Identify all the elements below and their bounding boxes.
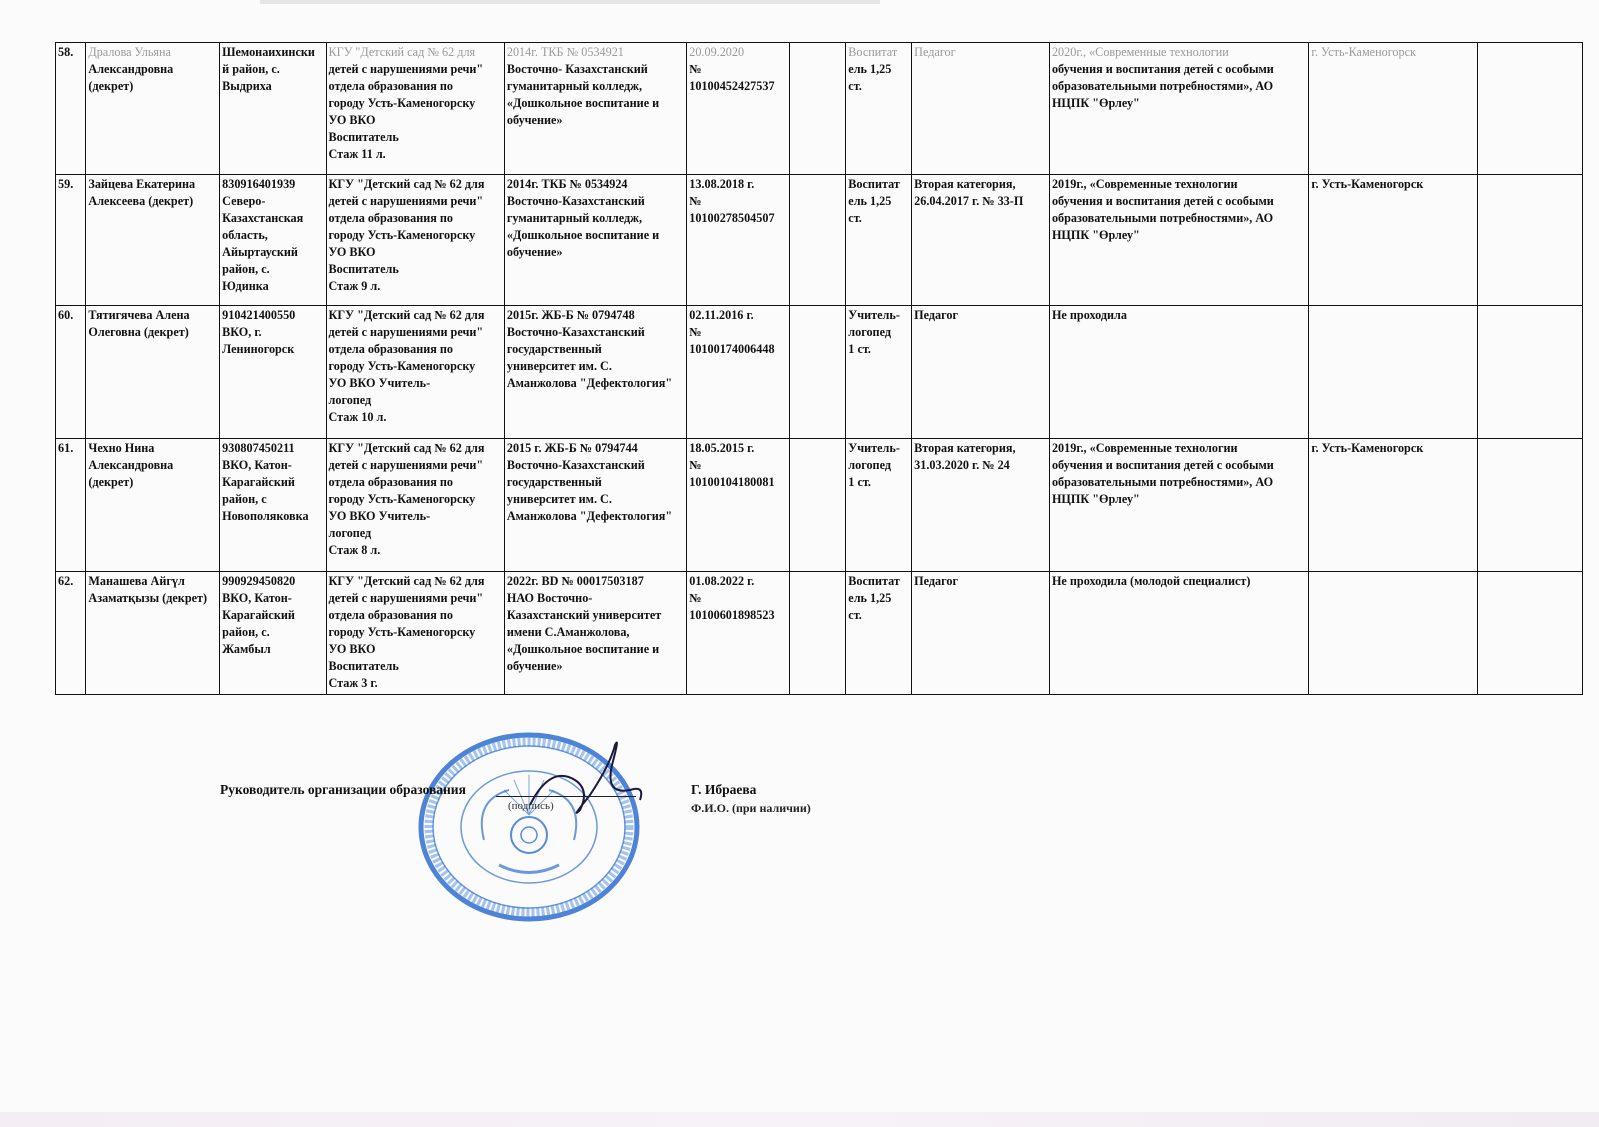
education-line: Восточно-Казахстанский	[507, 193, 684, 210]
employee-name-line: Манашева Айгүл	[88, 573, 217, 590]
education-line: «Дошкольное воспитание и	[507, 227, 684, 244]
training-course-cell: 2019г., «Современные технологииобучения …	[1049, 175, 1308, 306]
table-row: 62.Манашева АйгүлАзаматқызы (декрет)9909…	[56, 572, 1583, 695]
education-line: 2015г. ЖБ-Б № 0794748	[507, 307, 684, 324]
certificate-date-line: №	[689, 61, 786, 78]
qualification-category-line: 26.04.2017 г. № 33-П	[914, 193, 1047, 210]
certificate-date-line: №	[689, 590, 786, 607]
table-row: 59.Зайцева ЕкатеринаАлексеева (декрет)83…	[56, 175, 1583, 306]
certificate-date-line: №	[689, 324, 786, 341]
empty-column-cell	[789, 439, 846, 572]
employee-name-line: Азаматқызы (декрет)	[88, 590, 217, 607]
position-rate-faded-text: Воспитат	[848, 44, 909, 61]
training-course-line: НЦПК "Өрлеу"	[1052, 227, 1306, 244]
position-rate-line: Воспитат	[848, 573, 909, 590]
table-row: 58.Дралова УльянаАлександровна(декрет)Ше…	[56, 43, 1583, 175]
organization-position-line: отдела образования по	[329, 341, 502, 358]
row-number-text: 58.	[58, 44, 83, 61]
position-rate-line: 1 ст.	[848, 474, 909, 491]
row-number-cell: 58.	[56, 43, 86, 175]
signatory-title: Руководитель организации образования	[220, 782, 466, 798]
education-line: Восточно- Казахстанский	[507, 61, 684, 78]
education-cell: 2015г. ЖБ-Б № 0794748Восточно-Казахстанс…	[504, 306, 686, 439]
iin-birthplace-cell: 930807450211ВКО, Катон-Карагайскийрайон,…	[220, 439, 326, 572]
iin-birthplace-line: район, с.	[222, 624, 323, 641]
training-city-faded-text: г. Усть-Каменогорск	[1311, 44, 1474, 61]
employee-name-faded-text: Дралова Ульяна	[88, 44, 217, 61]
organization-position-faded-text: КГУ "Детский сад № 62 для	[329, 44, 502, 61]
table-row: 60.Тятигячева АленаОлеговна (декрет)9104…	[56, 306, 1583, 439]
position-rate-cell: Учитель-логопед1 ст.	[846, 439, 912, 572]
organization-position-line: УО ВКО	[329, 112, 502, 129]
staff-table: 58.Дралова УльянаАлександровна(декрет)Ше…	[55, 42, 1583, 695]
iin-birthplace-cell: 990929450820ВКО, Катон-Карагайскийрайон,…	[220, 572, 326, 695]
position-rate-cell: Воспитатель 1,25ст.	[846, 43, 912, 175]
notes-cell	[1477, 43, 1582, 175]
training-city-line: г. Усть-Каменогорск	[1311, 440, 1474, 457]
organization-position-line: детей с нарушениями речи"	[329, 457, 502, 474]
position-rate-line: ель 1,25	[848, 61, 909, 78]
organization-position-cell: КГУ "Детский сад № 62 длядетей с нарушен…	[326, 43, 504, 175]
training-course-line: обучения и воспитания детей с особыми	[1052, 61, 1306, 78]
training-city-cell: г. Усть-Каменогорск	[1309, 175, 1477, 306]
certificate-date-cell: 20.09.2020№10100452427537	[687, 43, 789, 175]
organization-position-line: УО ВКО	[329, 244, 502, 261]
education-line: Аманжолова "Дефектология"	[507, 375, 684, 392]
iin-birthplace-cell: Шемонаихинский район, с.Выдриха	[220, 43, 326, 175]
organization-position-line: отдела образования по	[329, 607, 502, 624]
education-line: государственный	[507, 474, 684, 491]
qualification-category-cell: Педагог	[912, 306, 1050, 439]
notes-cell	[1477, 439, 1582, 572]
iin-birthplace-line: район, с	[222, 491, 323, 508]
certificate-date-cell: 13.08.2018 г.№10100278504507	[687, 175, 789, 306]
iin-birthplace-line: район, с.	[222, 261, 323, 278]
empty-column-cell	[789, 306, 846, 439]
education-line: «Дошкольное воспитание и	[507, 95, 684, 112]
organization-position-line: КГУ "Детский сад № 62 для	[329, 307, 502, 324]
organization-position-line: детей с нарушениями речи"	[329, 61, 502, 78]
qualification-category-line: Педагог	[914, 307, 1047, 324]
position-rate-cell: Воспитатель 1,25ст.	[846, 175, 912, 306]
education-line: 2014г. ТКБ № 0534924	[507, 176, 684, 193]
signatory-name: Г. Ибраева	[691, 782, 756, 798]
qualification-category-line: 31.03.2020 г. № 24	[914, 457, 1047, 474]
training-course-line: НЦПК "Өрлеу"	[1052, 95, 1306, 112]
education-line: 2015 г. ЖБ-Б № 0794744	[507, 440, 684, 457]
iin-birthplace-line: Карагайский	[222, 607, 323, 624]
certificate-date-faded-text: 20.09.2020	[689, 44, 786, 61]
row-number-text: 60.	[58, 307, 83, 324]
iin-birthplace-line: Карагайский	[222, 474, 323, 491]
training-course-line: образовательными потребностями», АО	[1052, 78, 1306, 95]
row-number-text: 62.	[58, 573, 83, 590]
organization-position-line: Воспитатель	[329, 261, 502, 278]
certificate-date-line: 10100104180081	[689, 474, 786, 491]
qualification-category-cell: Педагог	[912, 572, 1050, 695]
training-course-line: образовательными потребностями», АО	[1052, 474, 1306, 491]
qualification-category-line: Вторая категория,	[914, 440, 1047, 457]
certificate-date-line: №	[689, 457, 786, 474]
iin-birthplace-line: й район, с.	[222, 61, 323, 78]
iin-birthplace-line: Выдриха	[222, 78, 323, 95]
organization-position-line: УО ВКО Учитель-	[329, 375, 502, 392]
organization-position-cell: КГУ "Детский сад № 62 длядетей с нарушен…	[326, 175, 504, 306]
organization-position-line: логопед	[329, 525, 502, 542]
training-city-cell: г. Усть-Каменогорск	[1309, 43, 1477, 175]
education-line: Восточно-Казахстанский	[507, 457, 684, 474]
certificate-date-line: 02.11.2016 г.	[689, 307, 786, 324]
iin-birthplace-line: Айыртауский	[222, 244, 323, 261]
certificate-date-line: 13.08.2018 г.	[689, 176, 786, 193]
certificate-date-cell: 18.05.2015 г.№10100104180081	[687, 439, 789, 572]
position-rate-line: 1 ст.	[848, 341, 909, 358]
organization-position-line: отдела образования по	[329, 474, 502, 491]
position-rate-line: ель 1,25	[848, 193, 909, 210]
education-line: университет им. С.	[507, 491, 684, 508]
signatory-fio-label: Ф.И.О. (при наличии)	[691, 801, 811, 816]
education-faded-text: 2014г. ТКБ № 0534921	[507, 44, 684, 61]
training-course-line: образовательными потребностями», АО	[1052, 210, 1306, 227]
certificate-date-line: 10100601898523	[689, 607, 786, 624]
training-city-cell	[1309, 572, 1477, 695]
organization-position-line: Стаж 11 л.	[329, 146, 502, 163]
notes-cell	[1477, 175, 1582, 306]
iin-birthplace-line: Северо-	[222, 193, 323, 210]
iin-birthplace-cell: 910421400550ВКО, г.Лениногорск	[220, 306, 326, 439]
certificate-date-cell: 01.08.2022 г.№10100601898523	[687, 572, 789, 695]
employee-name-cell: Чехно НинаАлександровна(декрет)	[86, 439, 220, 572]
training-city-cell: г. Усть-Каменогорск	[1309, 439, 1477, 572]
organization-position-line: УО ВКО	[329, 641, 502, 658]
education-line: гуманитарный колледж,	[507, 78, 684, 95]
qualification-category-cell: Вторая категория,31.03.2020 г. № 24	[912, 439, 1050, 572]
education-cell: 2015 г. ЖБ-Б № 0794744Восточно-Казахстан…	[504, 439, 686, 572]
position-rate-line: Учитель-	[848, 307, 909, 324]
position-rate-line: ель 1,25	[848, 590, 909, 607]
training-course-line: обучения и воспитания детей с особыми	[1052, 193, 1306, 210]
employee-name-cell: Дралова УльянаАлександровна(декрет)	[86, 43, 220, 175]
training-course-line: обучения и воспитания детей с особыми	[1052, 457, 1306, 474]
education-line: обучение»	[507, 658, 684, 675]
organization-position-line: отдела образования по	[329, 78, 502, 95]
training-city-line: г. Усть-Каменогорск	[1311, 176, 1474, 193]
certificate-date-line: 18.05.2015 г.	[689, 440, 786, 457]
training-course-faded-text: 2020г., «Современные технологии	[1052, 44, 1306, 61]
row-number-cell: 59.	[56, 175, 86, 306]
row-number-cell: 62.	[56, 572, 86, 695]
organization-position-cell: КГУ "Детский сад № 62 длядетей с нарушен…	[326, 439, 504, 572]
education-line: «Дошкольное воспитание и	[507, 641, 684, 658]
empty-column-cell	[789, 572, 846, 695]
position-rate-line: ст.	[848, 210, 909, 227]
employee-name-line: (декрет)	[88, 78, 217, 95]
iin-birthplace-line: Юдинка	[222, 278, 323, 295]
organization-position-line: городу Усть-Каменогорску	[329, 95, 502, 112]
qualification-category-line: Педагог	[914, 573, 1047, 590]
employee-name-line: Чехно Нина	[88, 440, 217, 457]
official-stamp-icon	[414, 730, 644, 925]
organization-position-line: Стаж 10 л.	[329, 409, 502, 426]
organization-position-line: городу Усть-Каменогорску	[329, 624, 502, 641]
iin-birthplace-line: Жамбыл	[222, 641, 323, 658]
row-number-cell: 61.	[56, 439, 86, 572]
training-course-cell: Не проходила (молодой специалист)	[1049, 572, 1308, 695]
certificate-date-line: 10100452427537	[689, 78, 786, 95]
organization-position-line: городу Усть-Каменогорску	[329, 227, 502, 244]
organization-position-line: логопед	[329, 392, 502, 409]
organization-position-line: городу Усть-Каменогорску	[329, 491, 502, 508]
signature-line	[496, 796, 636, 797]
employee-name-line: Олеговна (декрет)	[88, 324, 217, 341]
training-course-line: 2019г., «Современные технологии	[1052, 440, 1306, 457]
organization-position-line: детей с нарушениями речи"	[329, 324, 502, 341]
organization-position-line: КГУ "Детский сад № 62 для	[329, 176, 502, 193]
iin-birthplace-line: 930807450211	[222, 440, 323, 457]
training-course-cell: 2019г., «Современные технологииобучения …	[1049, 439, 1308, 572]
employee-name-line: Алексеева (декрет)	[88, 193, 217, 210]
education-line: гуманитарный колледж,	[507, 210, 684, 227]
organization-position-line: детей с нарушениями речи"	[329, 590, 502, 607]
empty-column-cell	[789, 175, 846, 306]
position-rate-line: логопед	[848, 324, 909, 341]
employee-name-line: Зайцева Екатерина	[88, 176, 217, 193]
position-rate-line: ст.	[848, 607, 909, 624]
certificate-date-line: №	[689, 193, 786, 210]
education-line: имени С.Аманжолова,	[507, 624, 684, 641]
row-number-text: 59.	[58, 176, 83, 193]
organization-position-line: Стаж 3 г.	[329, 675, 502, 692]
organization-position-cell: КГУ "Детский сад № 62 длядетей с нарушен…	[326, 306, 504, 439]
certificate-date-line: 10100278504507	[689, 210, 786, 227]
education-line: обучение»	[507, 244, 684, 261]
row-number-cell: 60.	[56, 306, 86, 439]
education-line: НАО Восточно-	[507, 590, 684, 607]
iin-birthplace-cell: 830916401939Северо-Казахстанскаяобласть,…	[220, 175, 326, 306]
education-cell: 2022г. BD № 00017503187НАО Восточно-Каза…	[504, 572, 686, 695]
position-rate-line: ст.	[848, 78, 909, 95]
certificate-date-line: 01.08.2022 г.	[689, 573, 786, 590]
organization-position-line: УО ВКО Учитель-	[329, 508, 502, 525]
education-line: государственный	[507, 341, 684, 358]
iin-birthplace-line: 910421400550	[222, 307, 323, 324]
iin-birthplace-line: Шемонаихински	[222, 44, 323, 61]
employee-name-line: Тятигячева Алена	[88, 307, 217, 324]
organization-position-line: городу Усть-Каменогорску	[329, 358, 502, 375]
qualification-category-cell: Вторая категория,26.04.2017 г. № 33-П	[912, 175, 1050, 306]
signature-scribble-icon	[520, 735, 650, 825]
education-cell: 2014г. ТКБ № 0534924Восточно-Казахстанск…	[504, 175, 686, 306]
training-course-cell: 2020г., «Современные технологииобучения …	[1049, 43, 1308, 175]
iin-birthplace-line: 830916401939	[222, 176, 323, 193]
empty-column-cell	[789, 43, 846, 175]
signature-caption: (подпись)	[508, 800, 554, 812]
iin-birthplace-line: 990929450820	[222, 573, 323, 590]
employee-name-cell: Тятигячева АленаОлеговна (декрет)	[86, 306, 220, 439]
training-city-cell	[1309, 306, 1477, 439]
employee-name-line: Александровна	[88, 457, 217, 474]
qualification-category-cell: Педагог	[912, 43, 1050, 175]
training-course-line: НЦПК "Өрлеу"	[1052, 491, 1306, 508]
organization-position-line: КГУ "Детский сад № 62 для	[329, 573, 502, 590]
row-number-text: 61.	[58, 440, 83, 457]
employee-name-cell: Манашева АйгүлАзаматқызы (декрет)	[86, 572, 220, 695]
education-line: университет им. С.	[507, 358, 684, 375]
scan-bottom-edge	[0, 1112, 1599, 1127]
iin-birthplace-line: ВКО, Катон-	[222, 457, 323, 474]
organization-position-line: КГУ "Детский сад № 62 для	[329, 440, 502, 457]
education-line: Казахстанский университет	[507, 607, 684, 624]
notes-cell	[1477, 572, 1582, 695]
organization-position-cell: КГУ "Детский сад № 62 длядетей с нарушен…	[326, 572, 504, 695]
certificate-date-line: 10100174006448	[689, 341, 786, 358]
training-course-line: 2019г., «Современные технологии	[1052, 176, 1306, 193]
organization-position-line: Стаж 9 л.	[329, 278, 502, 295]
employee-name-line: (декрет)	[88, 474, 217, 491]
organization-position-line: Стаж 8 л.	[329, 542, 502, 559]
certificate-date-cell: 02.11.2016 г.№10100174006448	[687, 306, 789, 439]
table-row: 61.Чехно НинаАлександровна(декрет)930807…	[56, 439, 1583, 572]
organization-position-line: Воспитатель	[329, 129, 502, 146]
position-rate-line: Учитель-	[848, 440, 909, 457]
organization-position-line: детей с нарушениями речи"	[329, 193, 502, 210]
education-line: 2022г. BD № 00017503187	[507, 573, 684, 590]
education-line: Аманжолова "Дефектология"	[507, 508, 684, 525]
education-line: обучение»	[507, 112, 684, 129]
iin-birthplace-line: область,	[222, 227, 323, 244]
education-line: Восточно-Казахстанский	[507, 324, 684, 341]
scan-top-edge	[260, 0, 880, 4]
qualification-category-faded-text: Педагог	[914, 44, 1047, 61]
position-rate-line: логопед	[848, 457, 909, 474]
education-cell: 2014г. ТКБ № 0534921Восточно- Казахстанс…	[504, 43, 686, 175]
position-rate-line: Воспитат	[848, 176, 909, 193]
organization-position-line: отдела образования по	[329, 210, 502, 227]
iin-birthplace-line: Новополяковка	[222, 508, 323, 525]
position-rate-cell: Воспитатель 1,25ст.	[846, 572, 912, 695]
notes-cell	[1477, 306, 1582, 439]
iin-birthplace-line: Лениногорск	[222, 341, 323, 358]
position-rate-cell: Учитель-логопед1 ст.	[846, 306, 912, 439]
training-course-line: Не проходила (молодой специалист)	[1052, 573, 1306, 590]
qualification-category-line: Вторая категория,	[914, 176, 1047, 193]
iin-birthplace-line: Казахстанская	[222, 210, 323, 227]
training-course-line: Не проходила	[1052, 307, 1306, 324]
iin-birthplace-line: ВКО, г.	[222, 324, 323, 341]
employee-name-cell: Зайцева ЕкатеринаАлексеева (декрет)	[86, 175, 220, 306]
employee-name-line: Александровна	[88, 61, 217, 78]
organization-position-line: Воспитатель	[329, 658, 502, 675]
iin-birthplace-line: ВКО, Катон-	[222, 590, 323, 607]
training-course-cell: Не проходила	[1049, 306, 1308, 439]
